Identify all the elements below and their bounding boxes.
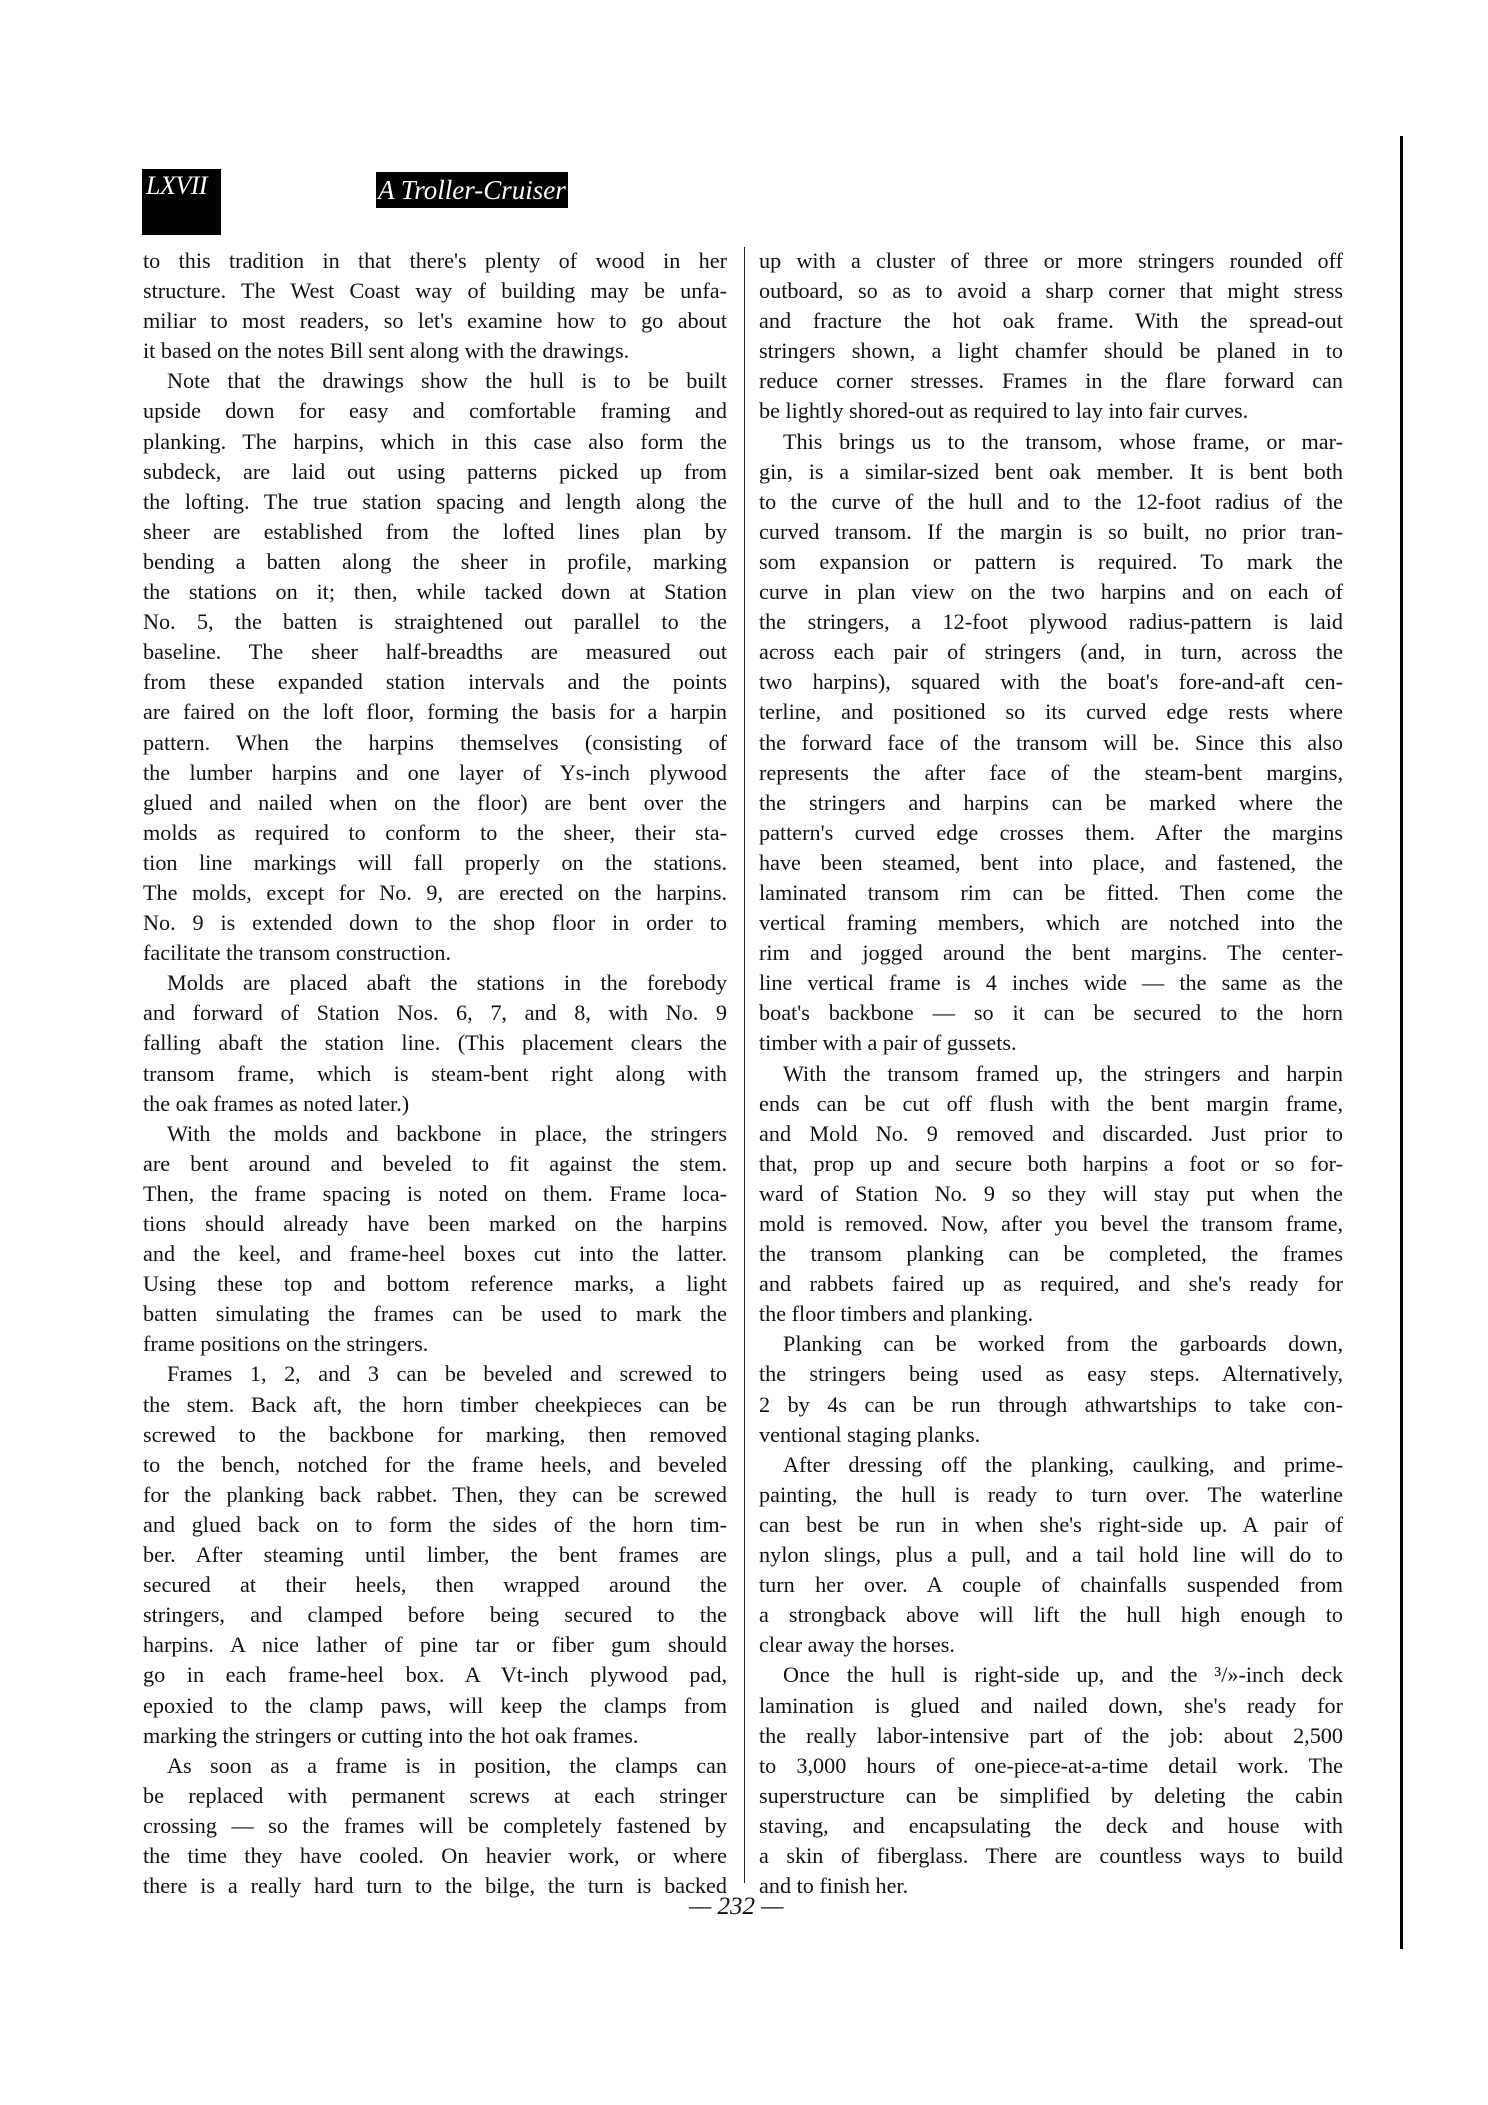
text-line: upside down for easy and comfortable fra… [143, 396, 727, 426]
text-line: timber with a pair of gussets. [759, 1028, 1343, 1058]
text-line: subdeck, are laid out using patterns pic… [143, 457, 727, 487]
text-line: to the curve of the hull and to the 12-f… [759, 487, 1343, 517]
text-line: rim and jogged around the bent margins. … [759, 938, 1343, 968]
text-line: the time they have cooled. On heavier wo… [143, 1841, 727, 1871]
text-line: can best be run in when she's right-side… [759, 1510, 1343, 1540]
text-line: falling abaft the station line. (This pl… [143, 1028, 727, 1058]
text-line: harpins. A nice lather of pine tar or fi… [143, 1630, 727, 1660]
text-line: screwed to the backbone for marking, the… [143, 1420, 727, 1450]
text-line: batten simulating the frames can be used… [143, 1299, 727, 1329]
text-line: With the molds and backbone in place, th… [143, 1119, 727, 1149]
text-line: the really labor-intensive part of the j… [759, 1721, 1343, 1751]
text-line: ward of Station No. 9 so they will stay … [759, 1179, 1343, 1209]
text-line: it based on the notes Bill sent along wi… [143, 336, 727, 366]
text-line: marking the stringers or cutting into th… [143, 1721, 727, 1751]
text-line: tion line markings will fall properly on… [143, 848, 727, 878]
chapter-number: LXVII [142, 169, 221, 235]
text-line: are faired on the loft floor, forming th… [143, 697, 727, 727]
text-line: nylon slings, plus a pull, and a tail ho… [759, 1540, 1343, 1570]
text-line: Once the hull is right-side up, and the … [759, 1660, 1343, 1690]
paragraph: Planking can be worked from the garboard… [759, 1329, 1343, 1449]
text-line: facilitate the transom construction. [143, 938, 727, 968]
text-line: the stem. Back aft, the horn timber chee… [143, 1390, 727, 1420]
text-line: are bent around and beveled to fit again… [143, 1149, 727, 1179]
text-line: laminated transom rim can be fitted. The… [759, 878, 1343, 908]
text-line: No. 5, the batten is straightened out pa… [143, 607, 727, 637]
text-line: crossing — so the frames will be complet… [143, 1811, 727, 1841]
text-line: This brings us to the transom, whose fra… [759, 427, 1343, 457]
text-line: Then, the frame spacing is noted on them… [143, 1179, 727, 1209]
text-line: the stringers being used as easy steps. … [759, 1359, 1343, 1389]
text-line: the floor timbers and planking. [759, 1299, 1343, 1329]
text-line: reduce corner stresses. Frames in the fl… [759, 366, 1343, 396]
text-line: bending a batten along the sheer in prof… [143, 547, 727, 577]
text-line: pattern. When the harpins themselves (co… [143, 728, 727, 758]
paragraph: up with a cluster of three or more strin… [759, 246, 1343, 427]
text-line: turn her over. A couple of chainfalls su… [759, 1570, 1343, 1600]
text-line: and forward of Station Nos. 6, 7, and 8,… [143, 998, 727, 1028]
text-line: up with a cluster of three or more strin… [759, 246, 1343, 276]
text-line: Molds are placed abaft the stations in t… [143, 968, 727, 998]
text-line: curve in plan view on the two harpins an… [759, 577, 1343, 607]
text-line: there is a really hard turn to the bilge… [143, 1871, 727, 1901]
text-line: terline, and positioned so its curved ed… [759, 697, 1343, 727]
column-divider [744, 247, 745, 1883]
paragraph: Once the hull is right-side up, and the … [759, 1660, 1343, 1901]
text-line: stringers, and clamped before being secu… [143, 1600, 727, 1630]
text-line: and rabbets faired up as required, and s… [759, 1269, 1343, 1299]
text-line: The molds, except for No. 9, are erected… [143, 878, 727, 908]
text-line: glued and nailed when on the floor) are … [143, 788, 727, 818]
text-line: secured at their heels, then wrapped aro… [143, 1570, 727, 1600]
text-line: No. 9 is extended down to the shop floor… [143, 908, 727, 938]
text-line: planking. The harpins, which in this cas… [143, 427, 727, 457]
margin-rule [1400, 136, 1403, 1949]
text-line: tions should already have been marked on… [143, 1209, 727, 1239]
text-line: mold is removed. Now, after you bevel th… [759, 1209, 1343, 1239]
text-line: sheer are established from the lofted li… [143, 517, 727, 547]
text-line: stringers shown, a light chamfer should … [759, 336, 1343, 366]
text-line: As soon as a frame is in position, the c… [143, 1751, 727, 1781]
text-line: the stations on it; then, while tacked d… [143, 577, 727, 607]
text-line: that, prop up and secure both harpins a … [759, 1149, 1343, 1179]
text-line: baseline. The sheer half-breadths are me… [143, 637, 727, 667]
text-line: a strongback above will lift the hull hi… [759, 1600, 1343, 1630]
text-line: and fracture the hot oak frame. With the… [759, 306, 1343, 336]
text-line: the stringers and harpins can be marked … [759, 788, 1343, 818]
text-line: boat's backbone — so it can be secured t… [759, 998, 1343, 1028]
text-line: superstructure can be simplified by dele… [759, 1781, 1343, 1811]
text-line: and the keel, and frame-heel boxes cut i… [143, 1239, 727, 1269]
paragraph: As soon as a frame is in position, the c… [143, 1751, 727, 1901]
text-line: across each pair of stringers (and, in t… [759, 637, 1343, 667]
paragraph: With the molds and backbone in place, th… [143, 1119, 727, 1360]
text-line: have been steamed, bent into place, and … [759, 848, 1343, 878]
text-line: the lofting. The true station spacing an… [143, 487, 727, 517]
text-line: to 3,000 hours of one-piece-at-a-time de… [759, 1751, 1343, 1781]
text-line: vertical framing members, which are notc… [759, 908, 1343, 938]
text-line: Using these top and bottom reference mar… [143, 1269, 727, 1299]
paragraph: to this tradition in that there's plenty… [143, 246, 727, 366]
text-line: a skin of fiberglass. There are countles… [759, 1841, 1343, 1871]
paragraph: After dressing off the planking, caulkin… [759, 1450, 1343, 1661]
page-number: — 232 — [689, 1893, 783, 1921]
paragraph: Note that the drawings show the hull is … [143, 366, 727, 968]
text-line: outboard, so as to avoid a sharp corner … [759, 276, 1343, 306]
text-line: ends can be cut off flush with the bent … [759, 1089, 1343, 1119]
text-line: clear away the horses. [759, 1630, 1343, 1660]
text-line: to this tradition in that there's plenty… [143, 246, 727, 276]
text-line: Planking can be worked from the garboard… [759, 1329, 1343, 1359]
text-line: lamination is glued and nailed down, she… [759, 1691, 1343, 1721]
text-line: to the bench, notched for the frame heel… [143, 1450, 727, 1480]
text-line: the lumber harpins and one layer of Ys-i… [143, 758, 727, 788]
paragraph: Frames 1, 2, and 3 can be beveled and sc… [143, 1359, 727, 1750]
text-line: ber. After steaming until limber, the be… [143, 1540, 727, 1570]
text-line: and glued back on to form the sides of t… [143, 1510, 727, 1540]
text-line: gin, is a similar-sized bent oak member.… [759, 457, 1343, 487]
text-line: from these expanded station intervals an… [143, 667, 727, 697]
text-line: frame positions on the stringers. [143, 1329, 727, 1359]
text-line: Note that the drawings show the hull is … [143, 366, 727, 396]
text-line: With the transom framed up, the stringer… [759, 1059, 1343, 1089]
text-line: go in each frame-heel box. A Vt-inch ply… [143, 1660, 727, 1690]
text-line: molds as required to conform to the shee… [143, 818, 727, 848]
text-line: Frames 1, 2, and 3 can be beveled and sc… [143, 1359, 727, 1389]
text-line: the transom planking can be completed, t… [759, 1239, 1343, 1269]
text-line: ventional staging planks. [759, 1420, 1343, 1450]
paragraph: This brings us to the transom, whose fra… [759, 427, 1343, 1059]
text-line: be lightly shored-out as required to lay… [759, 396, 1343, 426]
text-line: staving, and encapsulating the deck and … [759, 1811, 1343, 1841]
text-column-left: to this tradition in that there's plenty… [143, 246, 727, 1901]
paragraph: With the transom framed up, the stringer… [759, 1059, 1343, 1330]
text-line: miliar to most readers, so let's examine… [143, 306, 727, 336]
text-line: for the planking back rabbet. Then, they… [143, 1480, 727, 1510]
text-line: pattern's curved edge crosses them. Afte… [759, 818, 1343, 848]
text-line: the forward face of the transom will be.… [759, 728, 1343, 758]
chapter-title: A Troller-Cruiser [376, 172, 568, 208]
text-line: transom frame, which is steam-bent right… [143, 1059, 727, 1089]
text-line: two harpins), squared with the boat's fo… [759, 667, 1343, 697]
text-line: and to finish her. [759, 1871, 1343, 1901]
text-line: epoxied to the clamp paws, will keep the… [143, 1691, 727, 1721]
text-line: line vertical frame is 4 inches wide — t… [759, 968, 1343, 998]
text-line: structure. The West Coast way of buildin… [143, 276, 727, 306]
text-line: represents the after face of the steam-b… [759, 758, 1343, 788]
text-column-right: up with a cluster of three or more strin… [759, 246, 1343, 1901]
text-line: som expansion or pattern is required. To… [759, 547, 1343, 577]
text-line: curved transom. If the margin is so buil… [759, 517, 1343, 547]
text-line: the stringers, a 12-foot plywood radius-… [759, 607, 1343, 637]
text-line: painting, the hull is ready to turn over… [759, 1480, 1343, 1510]
text-line: and Mold No. 9 removed and discarded. Ju… [759, 1119, 1343, 1149]
text-line: the oak frames as noted later.) [143, 1089, 727, 1119]
text-line: be replaced with permanent screws at eac… [143, 1781, 727, 1811]
text-line: After dressing off the planking, caulkin… [759, 1450, 1343, 1480]
text-line: 2 by 4s can be run through athwartships … [759, 1390, 1343, 1420]
paragraph: Molds are placed abaft the stations in t… [143, 968, 727, 1118]
